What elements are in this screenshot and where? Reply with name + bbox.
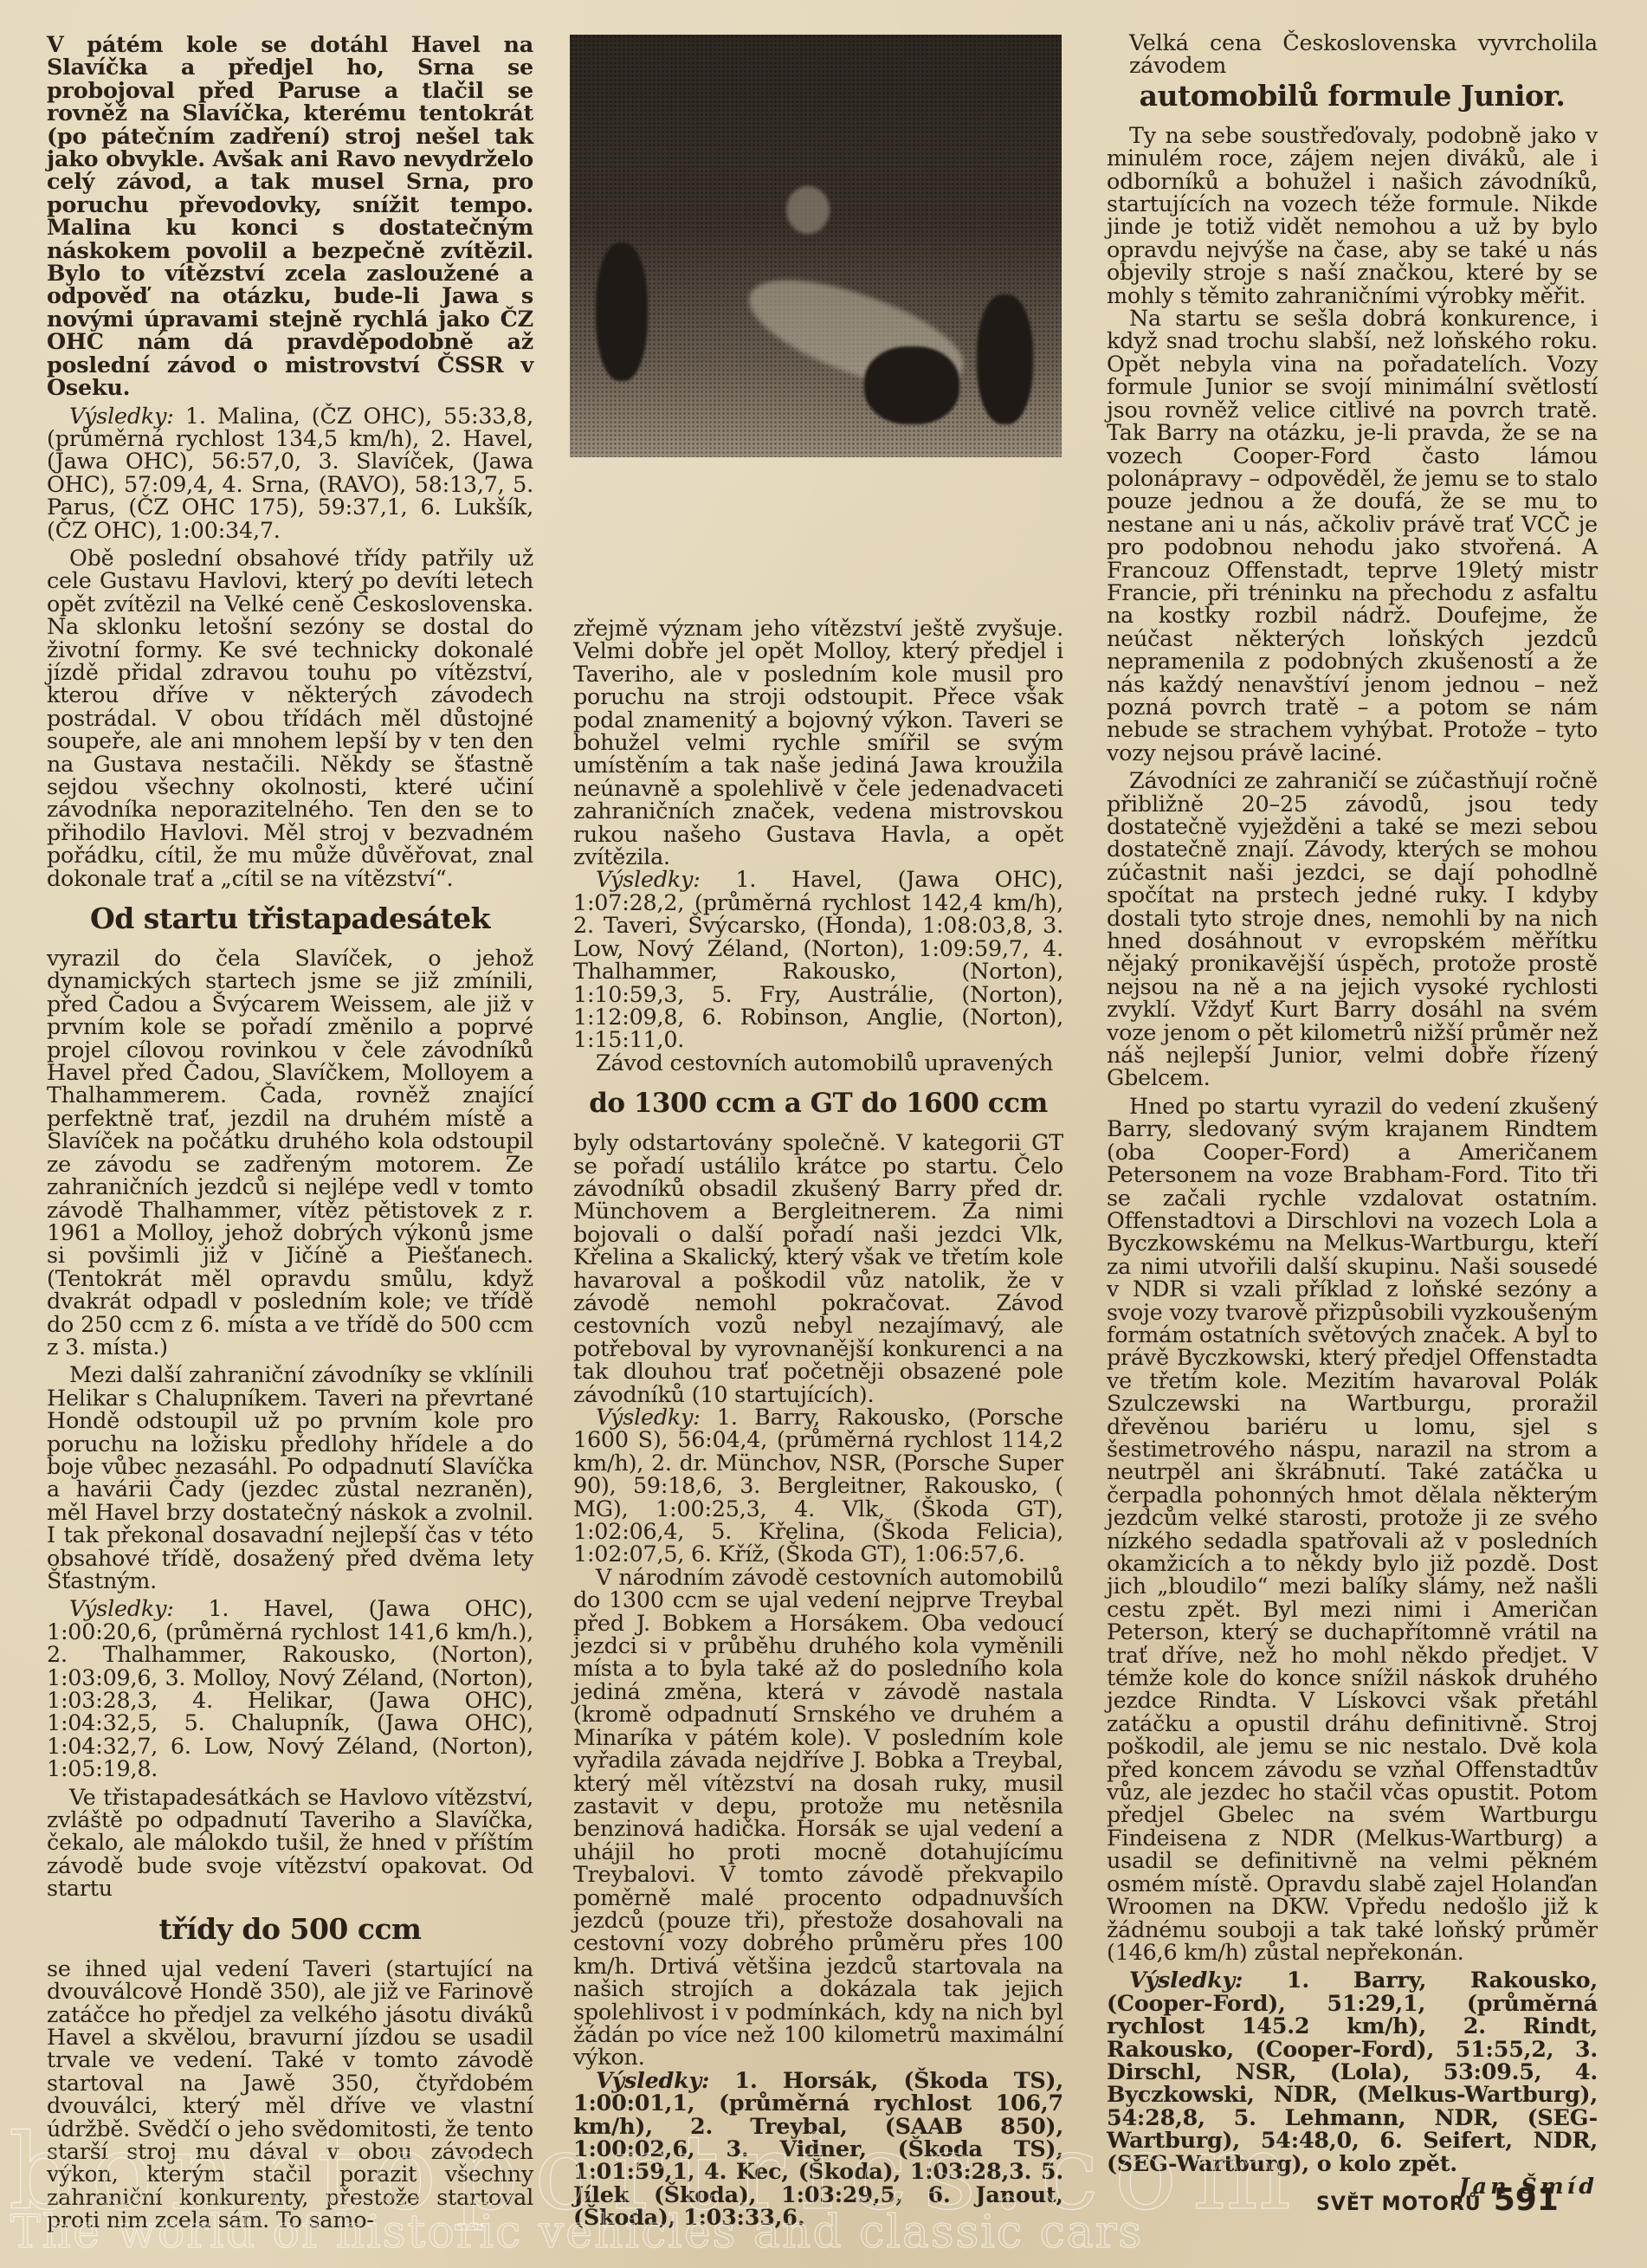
results-paragraph: Výsledky: 1. Havel, (Jawa OHC), 1:07:28,… xyxy=(573,868,1063,1050)
results-text: 1. Havel, (Jawa OHC), 1:07:28,2, (průměr… xyxy=(573,866,1063,1052)
paragraph: V národním závodě cestovních automobilů … xyxy=(573,1566,1063,2069)
results-paragraph: Výsledky: 1. Barry, Rakousko, (Porsche 1… xyxy=(573,1405,1063,1566)
results-paragraph: Výsledky: 1. Horsák, (Škoda TS), 1:00:01… xyxy=(573,2069,1063,2229)
paragraph: byly odstartovány společně. V kategorii … xyxy=(573,1131,1063,1405)
paragraph: Hned po startu vyrazil do vedení zkušený… xyxy=(1107,1095,1598,1963)
paragraph: Obě poslední obsahové třídy patřily už c… xyxy=(47,546,533,889)
section-heading: třídy do 500 ccm xyxy=(47,1912,533,1947)
page-number: 591 xyxy=(1494,2182,1559,2218)
paragraph: Ve třistapadesátkách se Havlovo vítězstv… xyxy=(47,1786,533,1900)
paragraph: Mezi další zahraniční závodníky se vklín… xyxy=(47,1363,533,1592)
paragraph: vyrazil do čela Slavíček, o jehož dynami… xyxy=(47,947,533,1358)
results-paragraph: Výsledky: 1. Barry, Rakousko, (Cooper-Fo… xyxy=(1107,1968,1598,2174)
results-paragraph: Výsledky: 1. Malina, (ČZ OHC), 55:33,8, … xyxy=(47,404,533,541)
results-text: 1. Barry, Rakousko, (Cooper-Ford), 51:29… xyxy=(1107,1967,1598,2175)
paragraph: Na startu se sešla dobrá konkurence, i k… xyxy=(1107,307,1598,764)
article-column-2: zřejmě význam jeho vítězství ještě zvyšu… xyxy=(573,0,1063,2229)
intro-line: Velká cena Československa vyvrcholila zá… xyxy=(1107,31,1598,77)
paragraph: se ihned ujal vedení Taveri (startující … xyxy=(47,1957,533,2232)
results-text: 1. Horsák, (Škoda TS), 1:00:01,1, (průmě… xyxy=(573,2067,1063,2230)
results-text: 1. Havel, (Jawa OHC), 1:00:20,6, (průměr… xyxy=(47,1595,533,1781)
results-text: 1. Barry, Rakousko, (Porsche 1600 S), 56… xyxy=(573,1404,1063,1567)
section-heading: Od startu třistapadesátek xyxy=(47,901,533,936)
paragraph: Ty na sebe soustřeďovaly, podobně jako v… xyxy=(1107,124,1598,307)
results-paragraph: Výsledky: 1. Havel, (Jawa OHC), 1:00:20,… xyxy=(47,1597,533,1780)
paragraph: Závod cestovních automobilů upravených xyxy=(573,1051,1063,1074)
section-heading: do 1300 ccm a GT do 1600 ccm xyxy=(573,1086,1063,1121)
paragraph: V pátém kole se dotáhl Havel na Slavíčka… xyxy=(47,33,533,399)
page-footer: SVĚT MOTORŮ591 xyxy=(1316,2182,1559,2218)
section-heading: automobilů formule Junior. xyxy=(1107,79,1598,113)
magazine-name: SVĚT MOTORŮ xyxy=(1316,2194,1482,2215)
article-column-3: Velká cena Československa vyvrcholila zá… xyxy=(1107,31,1598,2197)
paragraph: zřejmě význam jeho vítězství ještě zvyšu… xyxy=(573,617,1063,868)
photo-spacer xyxy=(573,0,1063,617)
article-column-1: V pátém kole se dotáhl Havel na Slavíčka… xyxy=(47,33,533,2232)
paragraph: Závodníci ze zahraničí se zúčastňují roč… xyxy=(1107,769,1598,1089)
